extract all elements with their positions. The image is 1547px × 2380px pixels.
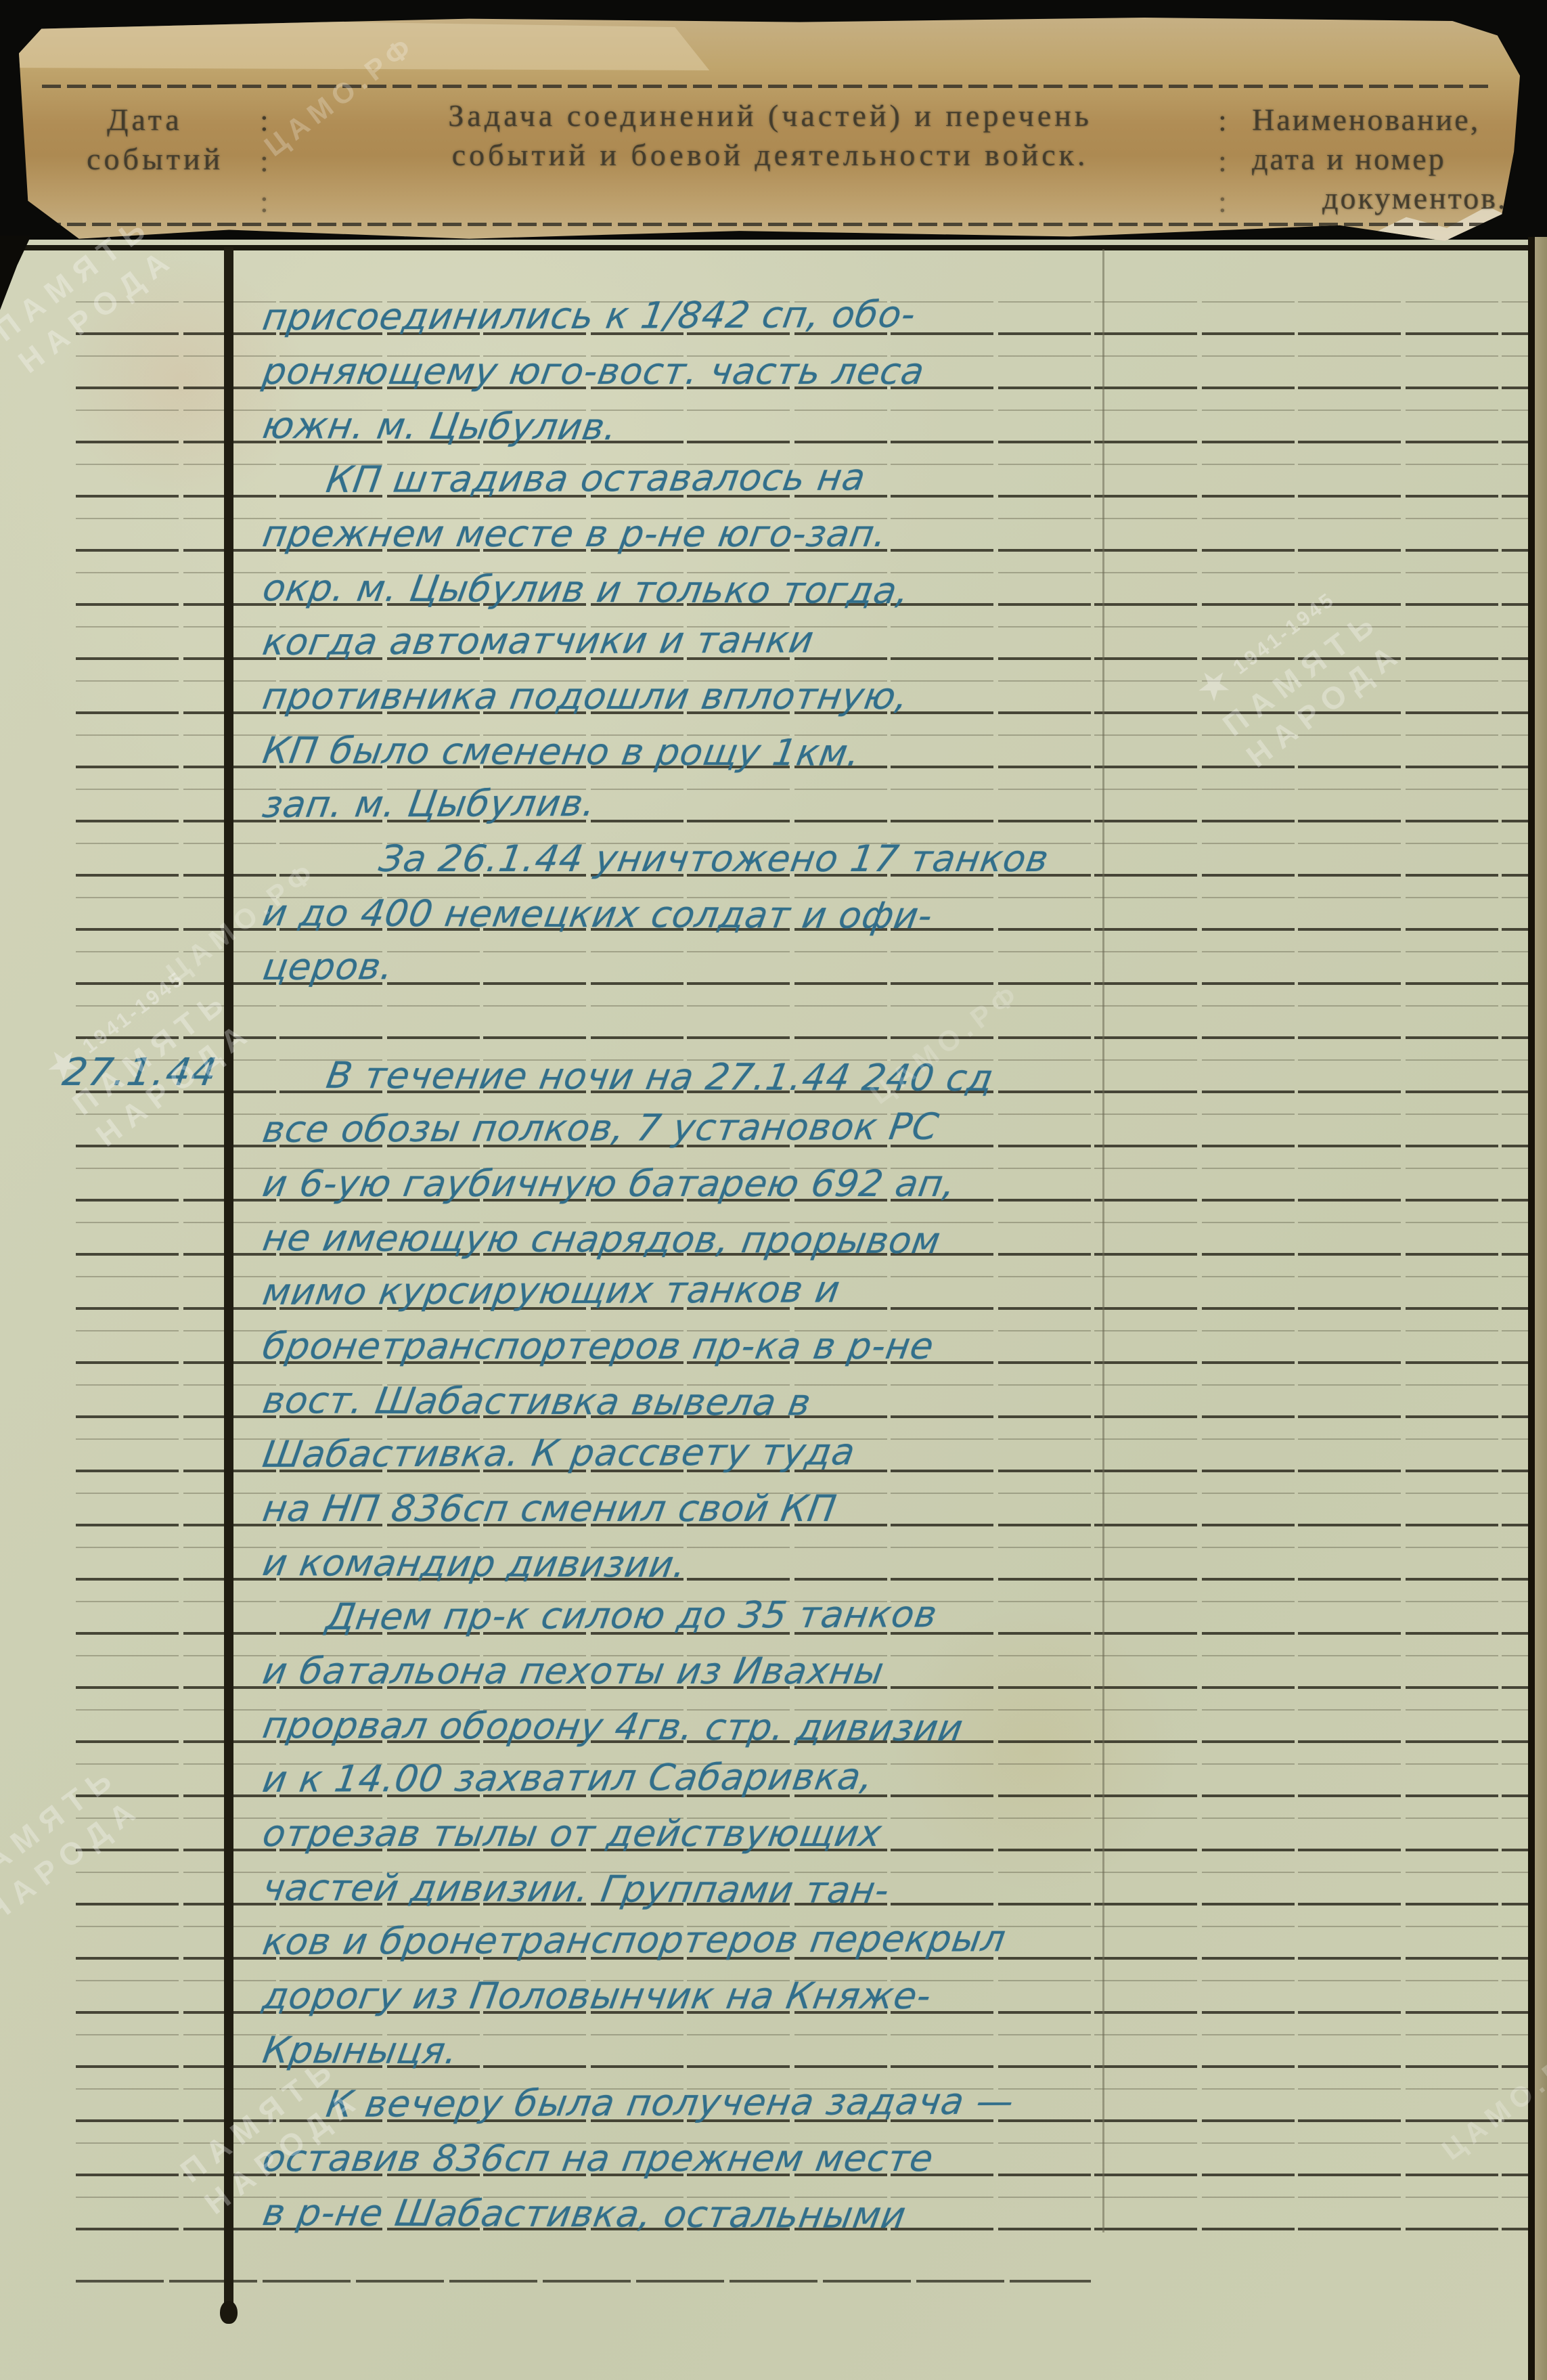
handwritten-line: вост. Шабастивка вывела в	[260, 1379, 814, 1424]
tape-header: Дата событий Задача соединений (частей) …	[19, 18, 1520, 241]
handwritten-line: и батальона пехоты из Ивахны	[260, 1650, 887, 1692]
date-column-divider	[224, 247, 233, 2305]
header-task-line1: Задача соединений (частей) и перечень	[354, 96, 1186, 135]
handwritten-line: и 6-ую гаубичную батарею 692 ап,	[260, 1162, 959, 1205]
handwritten-line: все обозы полков, 7 установок РС	[260, 1105, 942, 1151]
handwritten-line: и командир дивизии.	[260, 1541, 690, 1586]
handwritten-line: Шабастивка. К рассвету туда	[260, 1430, 858, 1476]
handwritten-line: церов.	[260, 945, 397, 988]
handwritten-line: частей дивизии. Группами тан-	[260, 1866, 893, 1912]
tape-light-patch	[19, 18, 709, 70]
handwritten-line: К вечеру была получена задача —	[323, 2080, 1017, 2125]
handwritten-line: За 26.1.44 уничтожено 17 танков	[376, 837, 1052, 880]
handwritten-line: противника подошли вплотную,	[260, 675, 912, 718]
handwritten-line: КП штадива оставалось на	[323, 456, 869, 501]
header-task-line2: событий и боевой деятельности войск.	[354, 135, 1186, 175]
handwritten-line: роняющему юго-вост. часть леса	[260, 350, 928, 393]
handwritten-line: дорогу из Половынчик на Княже-	[260, 1975, 935, 2017]
entry-date: 27.1.44	[60, 1051, 221, 1095]
header-divider-colons-right: ::::	[1218, 100, 1227, 263]
handwritten-line: не имеющую снарядов, прорывом	[260, 1216, 944, 1262]
handwritten-line: ков и бронетранспортеров перекрыл	[260, 1917, 1009, 1963]
divider-colon: :	[1218, 181, 1227, 222]
header-task-column: Задача соединений (частей) и перечень со…	[354, 96, 1186, 175]
handwritten-line: окр. м. Цыбулив и только тогда,	[260, 567, 913, 612]
handwritten-line: зап. м. Цыбулив.	[260, 782, 599, 826]
handwritten-line: В течение ночи на 27.1.44 240 сд	[323, 1054, 997, 1099]
handwritten-line: оставив 836сп на прежнем месте	[260, 2137, 937, 2180]
divider-colon: :	[260, 100, 269, 141]
header-docs-line1: Наименование,	[1252, 100, 1507, 139]
page-right-border	[1528, 237, 1535, 2380]
documents-column-divider	[1102, 249, 1104, 2232]
handwritten-line: КП было сменено в рощу 1км.	[260, 729, 864, 774]
handwritten-line: прорвал оборону 4гв. стр. дивизии	[260, 1704, 966, 1750]
handwritten-line: когда автоматчики и танки	[260, 618, 817, 663]
divider-colon: :	[1218, 141, 1227, 181]
header-docs-line3: документов.	[1252, 179, 1507, 218]
header-date-column: Дата событий	[87, 100, 223, 179]
handwritten-line: в р-не Шабастивка, остальными	[260, 2191, 910, 2236]
table-top-border	[20, 245, 1529, 250]
tape-rule-bottom	[42, 223, 1493, 226]
tape-rule-top	[42, 85, 1493, 88]
handwritten-line: Днем пр-к силою до 35 танков	[323, 1593, 941, 1638]
handwritten-line: отрезав тылы от действующих	[260, 1812, 885, 1855]
divider-colon: :	[1218, 100, 1227, 141]
header-date-line1: Дата	[87, 100, 223, 139]
divider-colon: :	[260, 181, 269, 222]
handwritten-line: на НП 836сп сменил свой КП	[260, 1487, 840, 1530]
handwritten-line: Крыныця.	[260, 2029, 462, 2072]
handwritten-line: бронетранспортеров пр-ка в р-не	[260, 1325, 937, 1367]
handwritten-line: и до 400 немецких солдат и офи-	[260, 891, 936, 937]
handwritten-line: присоединились к 1/842 сп, обо-	[260, 293, 919, 338]
divider-colon: :	[260, 141, 269, 181]
page-edge-strip	[1535, 237, 1547, 2380]
handwritten-line: прежнем месте в р-не юго-зап.	[260, 512, 890, 555]
journal-page: Дата событий Задача соединений (частей) …	[0, 0, 1547, 2380]
header-date-line2: событий	[87, 139, 223, 179]
header-divider-colons-left: :::	[260, 100, 269, 222]
handwritten-line: мимо курсирующих танков и	[260, 1268, 843, 1313]
header-docs-line2: дата и номер	[1252, 139, 1507, 179]
handwritten-line: южн. м. Цыбулив.	[260, 404, 621, 448]
handwritten-line: и к 14.00 захватил Сабаривка,	[260, 1755, 876, 1801]
header-docs-column: Наименование, дата и номер документов.	[1252, 100, 1507, 218]
